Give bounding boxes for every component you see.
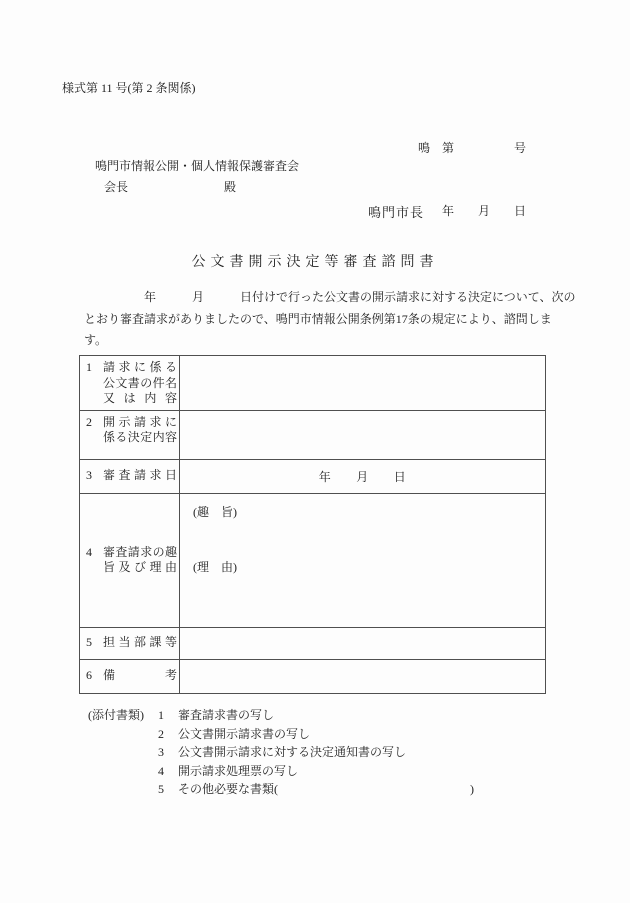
attachment-item: 3 公文書開示請求に対する決定通知書の写し bbox=[158, 743, 474, 762]
reason-heading: (理 由) bbox=[193, 558, 537, 575]
attachment-number: 4 bbox=[158, 762, 178, 781]
table-row: 6 備考 bbox=[80, 659, 546, 693]
document-number-line: 鳴 第 号 bbox=[418, 138, 526, 159]
row-label: 担当部課等 bbox=[103, 635, 177, 651]
addressee-chairperson: 会長 殿 bbox=[104, 178, 236, 195]
review-request-date-cell: 年 月 日 bbox=[180, 459, 546, 493]
row-label: 請求に係る 公文書の件名 又は内容 bbox=[103, 360, 177, 407]
sender-name: 鳴門市長 bbox=[368, 202, 424, 221]
attachment-item: 5 その他必要な書類( ) bbox=[158, 780, 474, 799]
row-value-cell bbox=[180, 627, 546, 659]
row-number: 3 bbox=[86, 468, 103, 483]
table-row: 1 請求に係る 公文書の件名 又は内容 bbox=[80, 356, 546, 411]
attachment-number: 3 bbox=[158, 743, 178, 762]
attachments-section: (添付書類) 1 審査請求書の写し 2 公文書開示請求書の写し 3 公文書開示請… bbox=[88, 706, 474, 799]
attachment-item: 1 審査請求書の写し bbox=[158, 706, 474, 725]
row-label-cell: 6 備考 bbox=[80, 659, 180, 693]
attachment-text: 開示請求処理票の写し bbox=[178, 762, 298, 781]
row-label: 備考 bbox=[103, 668, 177, 684]
row-value-cell bbox=[180, 356, 546, 411]
attachment-text: 公文書開示請求に対する決定通知書の写し bbox=[178, 743, 406, 762]
row-label-cell: 3 審査請求日 bbox=[80, 459, 180, 493]
row-number: 5 bbox=[86, 635, 103, 650]
row-number: 2 bbox=[86, 415, 103, 430]
row-label-cell: 2 開示請求に 係る決定内容 bbox=[80, 410, 180, 459]
attachment-text: 審査請求書の写し bbox=[178, 706, 274, 725]
attachment-item: 2 公文書開示請求書の写し bbox=[158, 725, 474, 744]
attachment-number: 2 bbox=[158, 725, 178, 744]
row-label-cell: 5 担当部課等 bbox=[80, 627, 180, 659]
attachments-heading: (添付書類) bbox=[88, 706, 158, 725]
table-row: 4 審査請求の趣 旨及び理由 (趣 旨) (理 由) bbox=[80, 493, 546, 627]
form-number: 様式第 11 号(第 2 条関係) bbox=[62, 79, 196, 96]
row-value-cell bbox=[180, 410, 546, 459]
attachment-item: 4 開示請求処理票の写し bbox=[158, 762, 474, 781]
document-number-block: 鳴 第 号 年 月 日 bbox=[418, 96, 526, 243]
table-row: 3 審査請求日 年 月 日 bbox=[80, 459, 546, 493]
row-label-cell: 1 請求に係る 公文書の件名 又は内容 bbox=[80, 356, 180, 411]
attachment-text: その他必要な書類( ) bbox=[178, 780, 474, 799]
row-label: 審査請求日 bbox=[103, 468, 177, 484]
attachment-text: 公文書開示請求書の写し bbox=[178, 725, 310, 744]
inquiry-table: 1 請求に係る 公文書の件名 又は内容 2 開示請求に 係る決定内容 bbox=[79, 355, 546, 694]
table-row: 2 開示請求に 係る決定内容 bbox=[80, 410, 546, 459]
row-value-cell bbox=[180, 659, 546, 693]
document-page: { "document": { "form_number": "様式第 11 号… bbox=[0, 0, 630, 903]
row-label: 開示請求に 係る決定内容 bbox=[103, 415, 177, 446]
attachment-number: 1 bbox=[158, 706, 178, 725]
attachments-list: 1 審査請求書の写し 2 公文書開示請求書の写し 3 公文書開示請求に対する決定… bbox=[158, 706, 474, 799]
attachment-number: 5 bbox=[158, 780, 178, 799]
date-line: 年 月 日 bbox=[418, 201, 526, 222]
purpose-reason-cell: (趣 旨) (理 由) bbox=[180, 493, 546, 627]
row-label-cell: 4 審査請求の趣 旨及び理由 bbox=[80, 493, 180, 627]
document-title: 公文書開示決定等審査諮問書 bbox=[0, 251, 630, 271]
body-paragraph: 年 月 日付けで行った公文書の開示請求に対する決定について、次の とおり審査請求… bbox=[84, 287, 584, 352]
purpose-heading: (趣 旨) bbox=[193, 503, 537, 520]
row-label: 審査請求の趣 旨及び理由 bbox=[103, 545, 177, 576]
row-number: 1 bbox=[86, 360, 103, 375]
row-number: 6 bbox=[86, 668, 103, 683]
table-row: 5 担当部課等 bbox=[80, 627, 546, 659]
addressee-organization: 鳴門市情報公開・個人情報保護審査会 bbox=[95, 157, 299, 174]
row-number: 4 bbox=[86, 545, 103, 560]
